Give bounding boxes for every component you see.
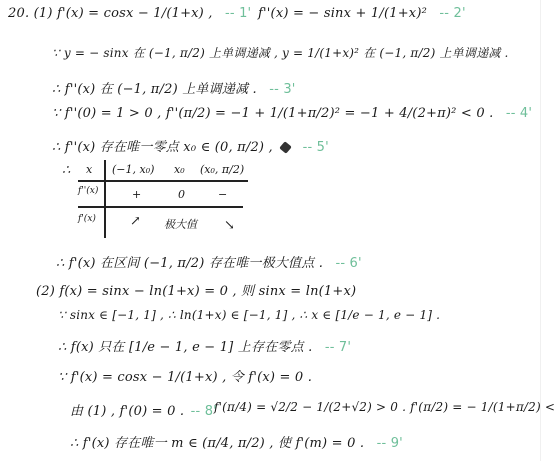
score-mark-1: -- 1'	[225, 6, 251, 21]
table-header-x0: x₀	[174, 163, 185, 176]
score-mark-8: -- 8'	[191, 404, 217, 419]
table-header-interval-1: (−1, x₀)	[112, 163, 154, 176]
derivative-values-text: f'(π/4) = √2/2 − 1/(2+√2) > 0 . f'(π/2) …	[214, 400, 556, 414]
table-row-label-f1: f'(x)	[78, 214, 96, 224]
monotonic-reason-text: ∵ y = − sinx 在 (−1, π/2) 上单调递减 , y = 1/(…	[52, 46, 509, 60]
unique-zero-text: ∴ f''(x) 存在唯一零点 x₀ ∈ (0, π/2) ,	[52, 140, 273, 155]
score-mark-7: -- 7'	[325, 340, 351, 355]
score-mark-4: -- 4'	[506, 106, 532, 121]
solution-line-1: 20. (1) f'(x) = cosx − 1/(1+x) , -- 1'	[8, 6, 251, 21]
solution-line-10: ∵ f'(x) = cosx − 1/(1+x) , 令 f'(x) = 0 .	[58, 366, 312, 385]
solution-line-12: ∴ f'(x) 存在唯一 m ∈ (π/4, π/2) , 使 f'(m) = …	[70, 432, 403, 451]
ink-blot-icon	[279, 141, 292, 154]
handwritten-solution-page: 20. (1) f'(x) = cosx − 1/(1+x) , -- 1' f…	[0, 0, 556, 461]
page-edge-divider	[540, 0, 541, 461]
zero-interval-text: ∴ f(x) 只在 [1/e − 1, e − 1] 上存在零点 .	[58, 340, 312, 355]
solution-line-3: ∴ f''(x) 在 (−1, π/2) 上单调递减 . -- 3'	[52, 78, 296, 97]
unique-m-conclusion-text: ∴ f'(x) 存在唯一 m ∈ (π/4, π/2) , 使 f'(m) = …	[70, 436, 364, 451]
solution-line-1b: f''(x) = − sinx + 1/(1+x)² -- 2'	[258, 6, 466, 21]
part-2-label: (2)	[36, 284, 55, 299]
table-cell-f1-3: ↘	[224, 218, 235, 233]
score-mark-9: -- 9'	[377, 436, 403, 451]
zero-equation-text: f(x) = sinx − ln(1+x) = 0 , 则 sinx = ln(…	[59, 284, 356, 299]
solution-line-2: ∵ y = − sinx 在 (−1, π/2) 上单调递减 , y = 1/(…	[52, 44, 509, 61]
table-lead-symbol: ∴	[62, 163, 70, 178]
from-part-1-text: 由 (1) , f'(0) = 0 .	[70, 404, 184, 419]
table-header-x: x	[86, 163, 92, 176]
solution-line-7: (2) f(x) = sinx − ln(1+x) = 0 , 则 sinx =…	[36, 280, 356, 299]
table-cell-f1-2: 极大值	[164, 216, 197, 232]
table-cell-f2-1: +	[132, 188, 141, 201]
derivative-set-zero-text: ∵ f'(x) = cosx − 1/(1+x) , 令 f'(x) = 0 .	[58, 370, 312, 385]
sign-evaluation-text: ∵ f''(0) = 1 > 0 , f''(π/2) = −1 + 1/(1+…	[52, 106, 493, 121]
table-row-label-f2: f''(x)	[78, 186, 98, 196]
solution-line-6: ∴ f'(x) 在区间 (−1, π/2) 存在唯一极大值点 . -- 6'	[56, 252, 362, 271]
score-mark-3: -- 3'	[269, 82, 295, 97]
max-point-conclusion-text: ∴ f'(x) 在区间 (−1, π/2) 存在唯一极大值点 .	[56, 256, 323, 271]
table-cell-f2-3: −	[218, 188, 227, 201]
table-row-rule	[78, 206, 243, 208]
score-mark-6: -- 6'	[335, 256, 361, 271]
score-mark-2: -- 2'	[439, 6, 465, 21]
solution-line-9: ∴ f(x) 只在 [1/e − 1, e − 1] 上存在零点 . -- 7'	[58, 336, 351, 355]
problem-number: 20.	[8, 6, 29, 21]
range-deduction-text: ∵ sinx ∈ [−1, 1] , ∴ ln(1+x) ∈ [−1, 1] ,…	[58, 308, 440, 322]
table-cell-f1-1: ↗	[130, 214, 141, 229]
solution-line-4: ∵ f''(0) = 1 > 0 , f''(π/2) = −1 + 1/(1+…	[52, 106, 532, 121]
part-1-label: (1)	[34, 6, 53, 21]
first-derivative-expression: f'(x) = cosx − 1/(1+x) ,	[57, 6, 213, 21]
sign-table: x (−1, x₀) x₀ (x₀, π/2) f''(x) + 0 − f'(…	[78, 160, 258, 240]
table-vertical-rule	[104, 160, 106, 238]
table-header-interval-2: (x₀, π/2)	[200, 163, 244, 176]
second-derivative-decreasing-text: ∴ f''(x) 在 (−1, π/2) 上单调递减 .	[52, 82, 257, 97]
solution-line-5: ∴ f''(x) 存在唯一零点 x₀ ∈ (0, π/2) , -- 5'	[52, 136, 329, 155]
table-cell-f2-2: 0	[178, 188, 185, 201]
solution-line-8: ∵ sinx ∈ [−1, 1] , ∴ ln(1+x) ∈ [−1, 1] ,…	[58, 308, 440, 322]
score-mark-5: -- 5'	[303, 140, 329, 155]
solution-line-11: 由 (1) , f'(0) = 0 . -- 8'	[70, 400, 217, 419]
table-header-rule	[78, 180, 248, 182]
second-derivative-expression: f''(x) = − sinx + 1/(1+x)²	[258, 6, 427, 21]
solution-line-11b: f'(π/4) = √2/2 − 1/(2+√2) > 0 . f'(π/2) …	[214, 400, 556, 414]
